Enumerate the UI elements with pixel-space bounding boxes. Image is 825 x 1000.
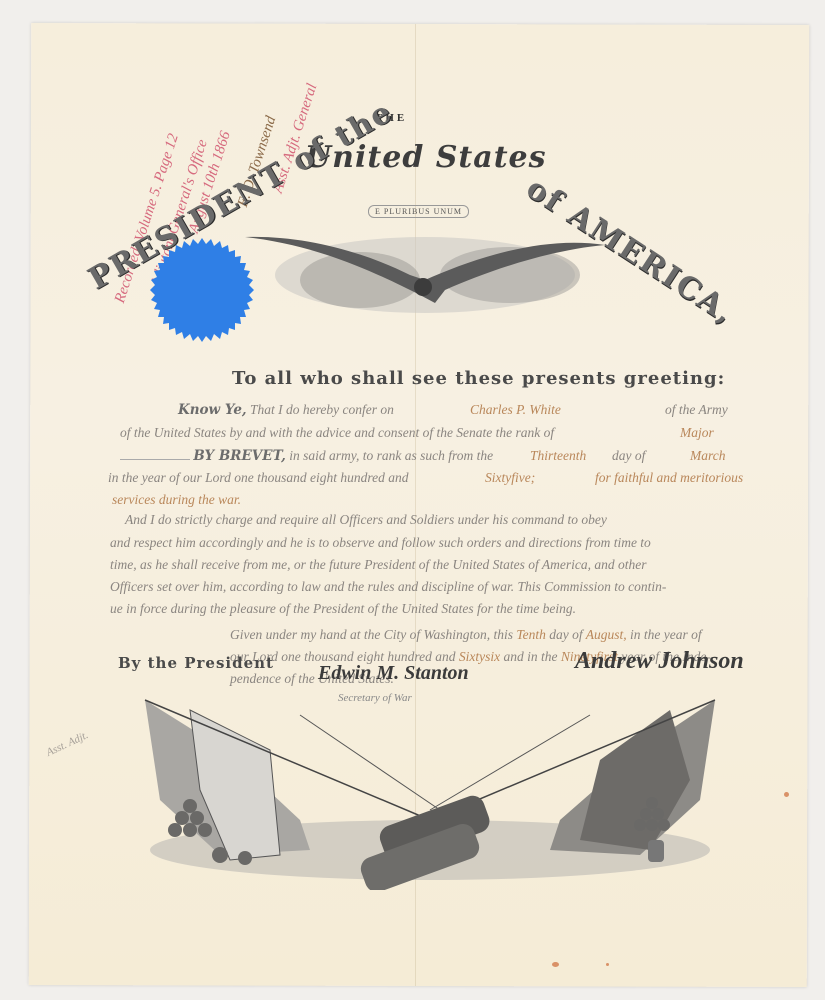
month-from: March [690,448,726,464]
body-para2-line3: time, as he shall receive from me, or th… [110,557,647,573]
by-brevet: BY BREVET, [193,448,285,464]
body-text: of the Army [665,402,728,418]
given-day: Tenth [516,627,546,642]
body-text: day of [549,627,582,642]
rank-value: Major [680,425,714,441]
day-from: Thirteenth [530,448,586,464]
greeting-line: To all who shall see these presents gree… [232,368,725,389]
year-from: Sixtyfive; [485,470,535,486]
eagle-icon [240,215,610,325]
given-month: August, [586,627,627,642]
recipient-name: Charles P. White [470,402,561,418]
reason: for faithful and meritorious [595,470,743,486]
body-text: in the year of [630,627,702,642]
body-text: in the year of our Lord one thousand eig… [108,470,408,486]
body-text: Given under my hand at the City of Washi… [230,627,513,642]
reason-cont: services during the war. [112,492,241,508]
body-para2-line1: And I do strictly charge and require all… [125,512,607,528]
stain-mark [606,963,609,966]
body-text: That I do hereby confer on [250,402,394,417]
stain-mark [552,962,559,967]
president-signature: Andrew Johnson [575,648,744,675]
body-para2-line5: ue in force during the pleasure of the P… [110,601,576,617]
body-text: of the United States by and with the adv… [120,425,554,441]
body-text: in said army, to rank as such from the [289,448,493,463]
body-para2-line2: and respect him accordingly and he is to… [110,535,651,551]
body-text: and in the [503,649,557,664]
blue-seal-icon [150,238,254,342]
secretary-signature: Edwin M. Stanton [318,662,469,685]
military-trophy-engraving-icon [130,690,730,890]
body-text: day of [612,448,645,464]
by-the-president: By the President [118,654,274,672]
body-para2-line4: Officers set over him, according to law … [110,579,666,595]
stain-mark [784,792,789,797]
know-ye: Know Ye, [178,402,247,418]
